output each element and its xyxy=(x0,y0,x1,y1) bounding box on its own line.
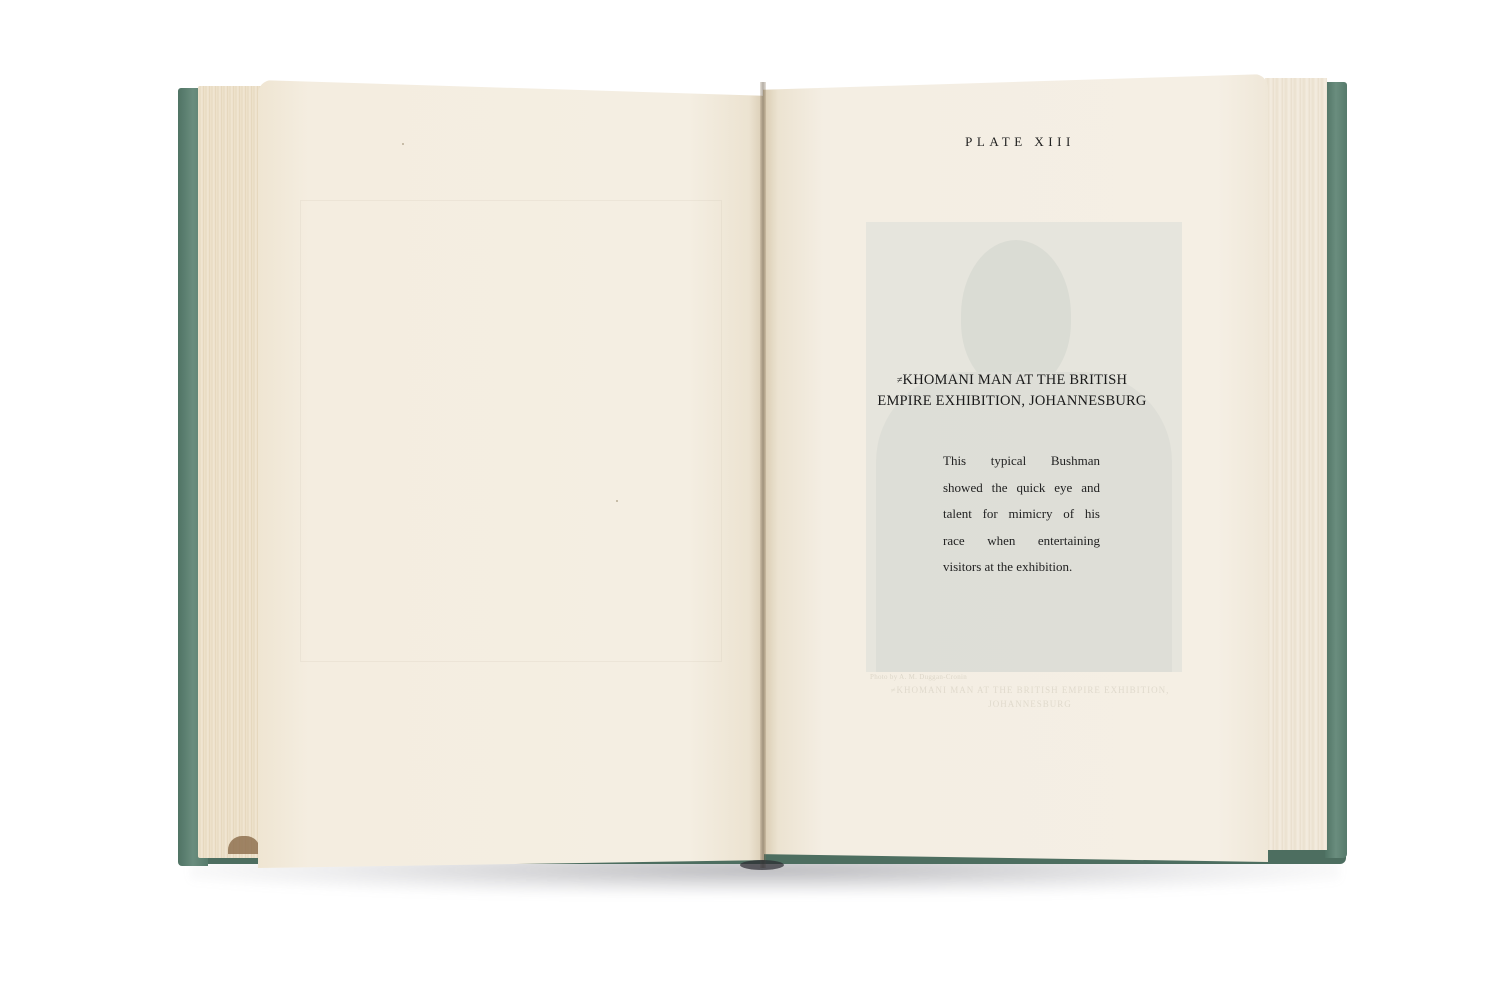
book-cover-right-edge xyxy=(1325,82,1347,858)
caption-title: ≠KHOMANI MAN AT THE BRITISH EMPIRE EXHIB… xyxy=(862,370,1162,412)
page-stack-left xyxy=(198,86,268,858)
bleed-through-portrait xyxy=(866,222,1182,672)
caption-body-line: showed the quick eye and xyxy=(943,475,1100,502)
bleed-through-caption: ≠KHOMANI MAN AT THE BRITISH EMPIRE EXHIB… xyxy=(880,683,1180,711)
caption-body-line: talent for mimicry of his xyxy=(943,501,1100,528)
left-page-bleed-through xyxy=(300,200,722,662)
caption-body-line: visitors at the exhibition. xyxy=(943,554,1100,581)
plate-label: PLATE XIII xyxy=(940,134,1100,150)
caption-title-line-2: EMPIRE EXHIBITION, JOHANNESBURG xyxy=(862,391,1162,412)
paper-speck xyxy=(616,500,618,502)
paper-speck xyxy=(402,143,404,145)
caption-body-line: race when entertaining xyxy=(943,528,1100,555)
caption-title-text-1: KHOMANI MAN AT THE BRITISH xyxy=(903,372,1128,388)
portrait-head xyxy=(961,240,1071,390)
caption-title-line-1: ≠KHOMANI MAN AT THE BRITISH xyxy=(862,370,1162,391)
page-edge-stain xyxy=(228,836,260,854)
gutter-shadow xyxy=(740,860,784,870)
caption-body: This typical Bushman showed the quick ey… xyxy=(943,448,1100,581)
book-gutter xyxy=(760,82,766,868)
bleed-through-credit: Photo by A. M. Duggan-Cronin xyxy=(870,673,967,681)
caption-body-line: This typical Bushman xyxy=(943,448,1100,475)
page-stack-right xyxy=(1265,78,1327,850)
